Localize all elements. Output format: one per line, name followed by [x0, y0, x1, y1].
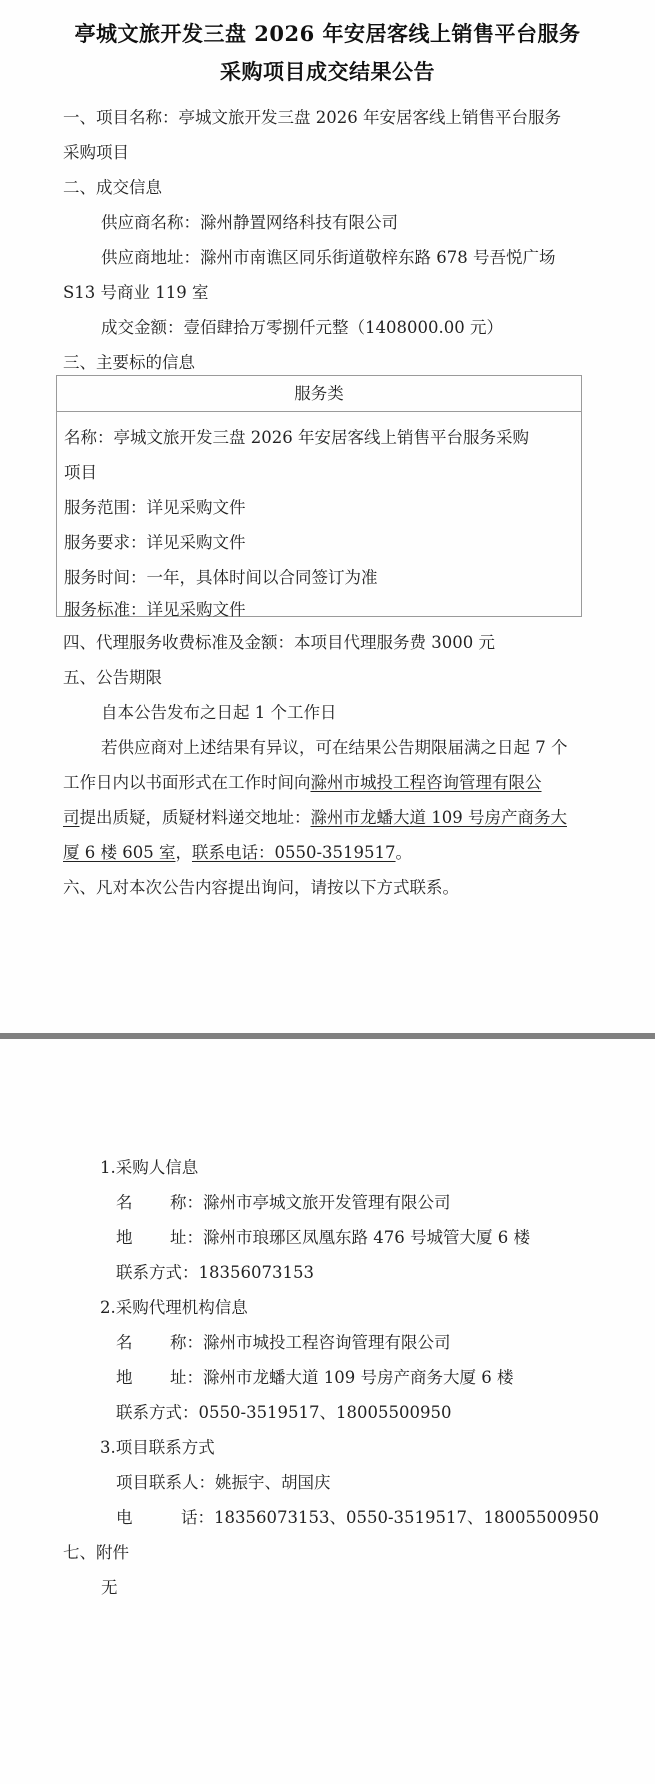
label-part: 话： [181, 1508, 214, 1527]
objection-text: 工作日内以书面形式在工作时间向 [63, 773, 311, 792]
table-row-time: 服务时间：一年，具体时间以合同签订为准 [64, 564, 378, 588]
value: 滁州市城投工程咨询管理有限公司 [203, 1333, 451, 1352]
project-contact-heading: 3.项目联系方式 [100, 1434, 215, 1458]
label-part: 称： [170, 1333, 203, 1352]
label-part: 地 [116, 1224, 170, 1248]
attachment-value: 无 [101, 1574, 118, 1598]
objection-line-1: 若供应商对上述结果有异议，可在结果公告期限届满之日起 7 个 [101, 734, 568, 758]
notice-period-heading: 五、公告期限 [63, 664, 162, 688]
agency-heading: 2.采购代理机构信息 [100, 1294, 248, 1318]
separator: ， [175, 843, 192, 862]
label-part: 地 [116, 1364, 170, 1388]
objection-line-2: 工作日内以书面形式在工作时间向滁州市城投工程咨询管理有限公 [63, 769, 542, 793]
table-row-standard: 服务标准：详见采购文件 [64, 596, 246, 620]
table-row-requirement: 服务要求：详见采购文件 [64, 529, 246, 553]
objection-line-4: 厦 6 楼 605 室，联系电话：0550-3519517。 [63, 839, 412, 863]
agency-contact: 联系方式：0550-3519517、18005500950 [116, 1399, 452, 1423]
agency-fee: 四、代理服务收费标准及金额：本项目代理服务费 3000 元 [63, 629, 495, 653]
notice-period: 自本公告发布之日起 1 个工作日 [101, 699, 337, 723]
project-contact-persons: 项目联系人：姚振宇、胡国庆 [116, 1469, 331, 1493]
label-part: 名 [116, 1189, 170, 1213]
purchaser-address: 地址：滁州市琅琊区凤凰东路 476 号城管大厦 6 楼 [116, 1224, 530, 1248]
page-divider [0, 1033, 655, 1039]
table-row-name: 名称：亭城文旅开发三盘 2026 年安居客线上销售平台服务采购 [64, 424, 529, 448]
label-part: 称： [170, 1193, 203, 1212]
objection-text: 提出质疑，质疑材料递交地址： [80, 808, 311, 827]
purchaser-heading: 1.采购人信息 [100, 1154, 198, 1178]
value: 滁州市亭城文旅开发管理有限公司 [203, 1193, 451, 1212]
attachment-heading: 七、附件 [63, 1539, 129, 1563]
project-name-line-1: 一、项目名称：亭城文旅开发三盘 2026 年安居客线上销售平台服务 [63, 104, 561, 128]
value: 滁州市琅琊区凤凰东路 476 号城管大厦 6 楼 [203, 1228, 530, 1247]
agency-address: 地址：滁州市龙蟠大道 109 号房产商务大厦 6 楼 [116, 1364, 513, 1388]
objection-line-3: 司提出质疑，质疑材料递交地址：滁州市龙蟠大道 109 号房产商务大 [63, 804, 567, 828]
project-name-line-2: 采购项目 [63, 139, 129, 163]
deal-amount: 成交金额：壹佰肆拾万零捌仟元整（1408000.00 元） [101, 314, 503, 338]
table-row-scope: 服务范围：详见采购文件 [64, 494, 246, 518]
period-mark: 。 [396, 843, 413, 862]
main-subject-heading: 三、主要标的信息 [63, 349, 195, 373]
subject-table: 服务类 名称：亭城文旅开发三盘 2026 年安居客线上销售平台服务采购 项目 服… [56, 375, 582, 617]
label-part: 电 [116, 1504, 181, 1528]
table-header: 服务类 [57, 376, 581, 412]
value: 18356073153、0550-3519517、18005500950 [214, 1508, 599, 1527]
label-part: 址： [170, 1228, 203, 1247]
supplier-address-line-2: S13 号商业 119 室 [63, 279, 209, 303]
purchaser-contact: 联系方式：18356073153 [116, 1259, 314, 1283]
agency-name-link[interactable]: 滁州市城投工程咨询管理有限公 [311, 773, 542, 792]
purchaser-name: 名称：滁州市亭城文旅开发管理有限公司 [116, 1189, 451, 1213]
agency-name-link-cont[interactable]: 司 [63, 808, 80, 827]
value: 滁州市龙蟠大道 109 号房产商务大厦 6 楼 [203, 1368, 513, 1387]
title-line-2: 采购项目成交结果公告 [0, 56, 655, 86]
deal-info-heading: 二、成交信息 [63, 174, 162, 198]
supplier-name: 供应商名称：滁州静置网络科技有限公司 [101, 209, 398, 233]
project-contact-phone: 电话：18356073153、0550-3519517、18005500950 [116, 1504, 599, 1528]
contact-phone-link[interactable]: 联系电话：0550-3519517 [192, 843, 396, 862]
title-line-1: 亭城文旅开发三盘 2026 年安居客线上销售平台服务 [0, 18, 655, 48]
agency-name: 名称：滁州市城投工程咨询管理有限公司 [116, 1329, 451, 1353]
table-row-name-cont: 项目 [64, 459, 97, 483]
supplier-address-line-1: 供应商地址：滁州市南谯区同乐街道敬梓东路 678 号吾悦广场 [101, 244, 555, 268]
submission-address-link-cont[interactable]: 厦 6 楼 605 室 [63, 843, 175, 862]
submission-address-link[interactable]: 滁州市龙蟠大道 109 号房产商务大 [311, 808, 567, 827]
inquiry-heading: 六、凡对本次公告内容提出询问，请按以下方式联系。 [63, 874, 459, 898]
label-part: 名 [116, 1329, 170, 1353]
label-part: 址： [170, 1368, 203, 1387]
